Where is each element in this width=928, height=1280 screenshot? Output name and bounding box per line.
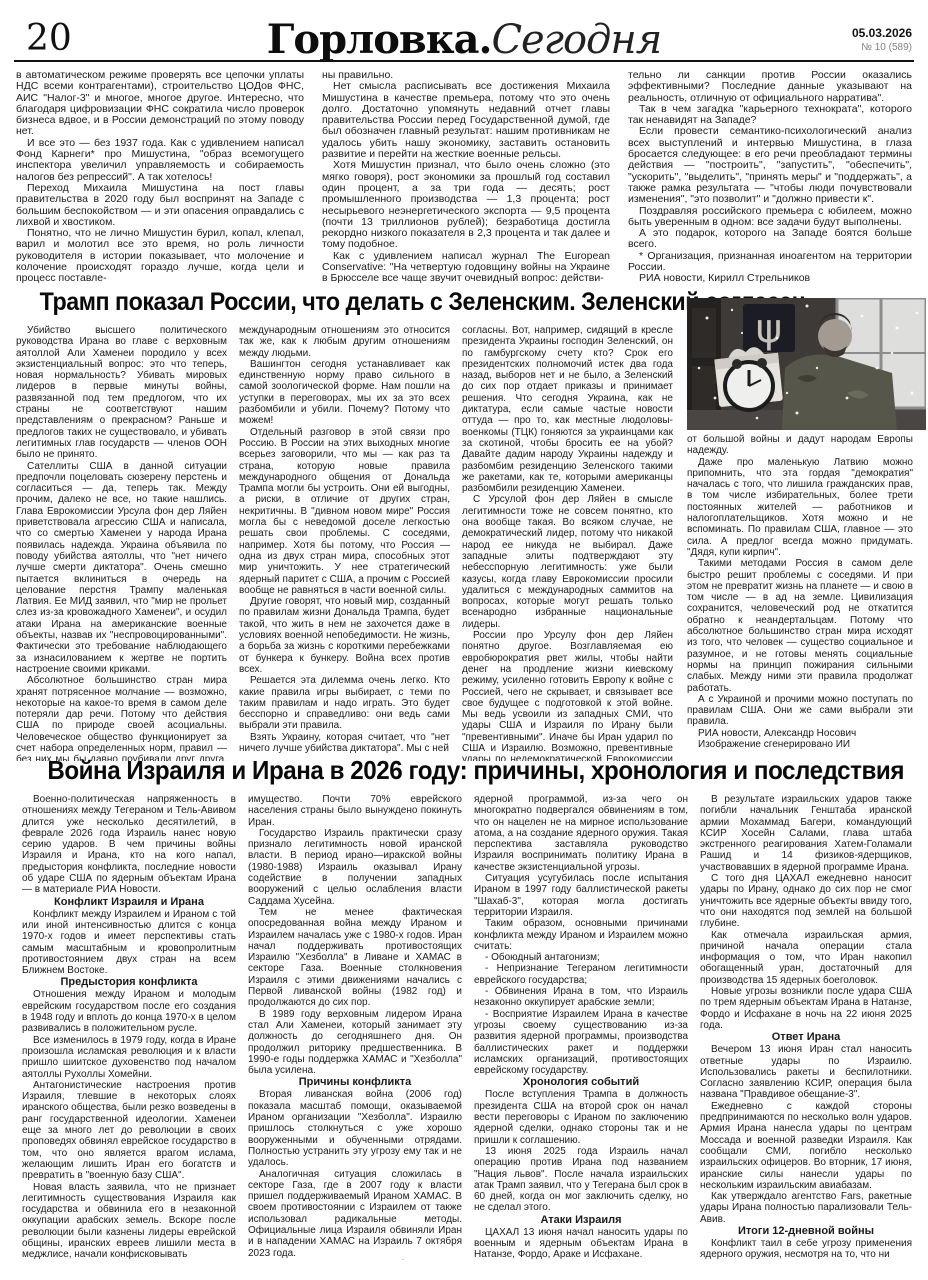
war-article-column-1: Военно-политическая напряженность в отно…	[22, 794, 236, 1260]
paragraph: согласны. Вот, например, сидящий в кресл…	[462, 325, 673, 494]
paragraph: И все это — без 1937 года. Как с удивлен…	[16, 138, 304, 183]
paragraph: Нет смысла расписывать все достижения Ми…	[322, 81, 610, 160]
photo-illustration: ψ	[687, 298, 926, 430]
war-article-column-2: имущество. Почти 70% еврейского населени…	[248, 794, 462, 1260]
paragraph: имущество. Почти 70% еврейского населени…	[248, 794, 462, 828]
top-article-column-3: тельно ли санкции против России оказалис…	[628, 70, 912, 292]
top-article-column-2: ны правильно.Нет смысла расписывать все …	[322, 70, 610, 292]
masthead: Горловка.Сегодня	[0, 16, 928, 63]
paragraph: Новая власть заявила, что не признает ле…	[22, 1182, 236, 1261]
paragraph: С того дня ЦАХАЛ ежедневно наносит удары…	[700, 873, 912, 929]
paragraph: Если провести семантико-психологический …	[628, 126, 912, 205]
paragraph: Все изменилось в 1979 году, когда в Иран…	[22, 1035, 236, 1080]
subheading: Предыстория конфликта	[22, 976, 236, 989]
paragraph: Новые угрозы возникли после удара США по…	[700, 986, 912, 1031]
paragraph: Вашингтон сегодня устанавливает как един…	[239, 359, 450, 427]
paragraph: Так в чем загадка "карьерного технократа…	[628, 104, 912, 127]
paragraph: Другие говорят, что новый мир, созданный…	[239, 596, 450, 675]
paragraph: Конфликт таил в себе угрозу применения я…	[700, 1238, 912, 1260]
paragraph: Изображение сгенерировано ИИ	[687, 739, 913, 750]
paragraph: РИА новости, Кирилл Стрельников	[628, 273, 912, 284]
issue-number: № 10 (589)	[852, 42, 912, 53]
subheading: Атаки Израиля	[474, 1214, 688, 1227]
paragraph: С Урсулой фон дер Ляйен в смысле легитим…	[462, 494, 673, 630]
trump-article-column-4: от большой войны и дадут народам Европы …	[687, 434, 913, 761]
paragraph: Конфликт между Израилем и Ираном с той и…	[22, 909, 236, 977]
paragraph: Взять Украину, которая считает, что "нет…	[239, 732, 450, 755]
zelensky-gift-clock-photo: ψ	[687, 298, 926, 430]
paragraph: Антагонистические настроения против Изра…	[22, 1080, 236, 1182]
svg-text:ψ: ψ	[756, 306, 782, 352]
paragraph: в автоматическом режиме проверять все це…	[16, 70, 304, 138]
paragraph: * Организация, признанная иноагентом на …	[628, 251, 912, 274]
paragraph: 13 июня 2025 года Израиль начал операцию…	[474, 1146, 688, 1214]
paragraph: - Непризнание Тегераном легитимности евр…	[474, 963, 688, 986]
paragraph: Вторая ливанская война (2006 год) показа…	[248, 1089, 462, 1168]
subheading: Хронология событий	[474, 1076, 688, 1089]
issue-date: 05.03.2026	[852, 26, 912, 40]
paragraph: - Восприятие Израилем Ирана в качестве у…	[474, 1009, 688, 1077]
paragraph: А это подарок, которого на Западе боятся…	[628, 228, 912, 251]
paragraph: международным отношениям это относится т…	[239, 325, 450, 359]
paragraph: Абсолютное большинство стран мира хранят…	[16, 675, 227, 761]
trump-article-column-2: международным отношениям это относится т…	[239, 325, 450, 761]
paragraph: Тем не менее фактическая опосредованная …	[248, 907, 462, 1009]
paragraph: Ежедневно с каждой стороны предпринимают…	[700, 1101, 912, 1191]
subheading: Итоги 12-дневной войны	[700, 1225, 912, 1238]
paragraph: - Обоюдный антагонизм;	[474, 952, 688, 963]
top-article-column-1: в автоматическом режиме проверять все це…	[16, 70, 304, 292]
paragraph: Решается эта дилемма очень легко. Кто ка…	[239, 675, 450, 731]
paragraph: Как утверждало агентство Fars, ракетные …	[700, 1191, 912, 1225]
paragraph: Отдельный разговор в этой связи про Росс…	[239, 427, 450, 596]
masthead-subtitle: Сегодня	[491, 17, 661, 63]
trump-article-column-3: согласны. Вот, например, сидящий в кресл…	[462, 325, 673, 761]
paragraph: Аналогичная ситуация сложилась в секторе…	[248, 1169, 462, 1259]
paragraph: В результате израильских ударов также по…	[700, 794, 912, 873]
paragraph: тельно ли санкции против России оказалис…	[628, 70, 912, 104]
paragraph: Такими методами Россия в самом деле быст…	[687, 558, 913, 694]
paragraph: С 1980-х годов Иран начал работать над	[248, 1259, 462, 1260]
paragraph: Вечером 13 июня Иран стал наносить ответ…	[700, 1044, 912, 1100]
war-article-headline: Война Израиля и Ирана в 2026 году: причи…	[47, 755, 880, 786]
paragraph: ядерной программой, из-за чего он многок…	[474, 794, 688, 873]
paragraph: Понятно, что не лично Мишустин бурил, ко…	[16, 228, 304, 284]
paragraph: Убийство высшего политического руководст…	[16, 325, 227, 461]
header-rule	[14, 60, 914, 62]
paragraph: Как с удивлением написал журнал The Euro…	[322, 251, 610, 285]
paragraph: В 1989 году верховным лидером Ирана стал…	[248, 1009, 462, 1077]
paragraph: РИА новости, Александр Носович	[687, 728, 913, 739]
paragraph: - Обвинения Ирана в том, что Израиль нез…	[474, 986, 688, 1009]
paragraph: Ситуация усугубилась после испытания Ира…	[474, 873, 688, 918]
paragraph: от большой войны и дадут народам Европы …	[687, 434, 913, 457]
subheading: Ответ Ирана	[700, 1031, 912, 1044]
war-article-column-3: ядерной программой, из-за чего он многок…	[474, 794, 688, 1260]
paragraph: России про Урсулу фон дер Ляйен понятно …	[462, 630, 673, 761]
paragraph: Переход Михаила Мишустина на пост главы …	[16, 183, 304, 228]
paragraph: ЦАХАЛ 13 июня начал наносить удары по во…	[474, 1227, 688, 1260]
paragraph: Отношения между Ираном и молодым еврейск…	[22, 989, 236, 1034]
paragraph: Сателлиты США в данной ситуации предпочл…	[16, 461, 227, 676]
paragraph: А с Украиной и прочими можно поступать п…	[687, 694, 913, 728]
paragraph: Государство Израиль практически сразу пр…	[248, 828, 462, 907]
paragraph: Поздравляя российского премьера с юбилее…	[628, 206, 912, 229]
paragraph: Даже про маленькую Латвию можно припомни…	[687, 457, 913, 559]
paragraph: После вступления Трампа в должность през…	[474, 1089, 688, 1145]
subheading: Конфликт Израиля и Ирана	[22, 896, 236, 909]
trump-article-column-1: Убийство высшего политического руководст…	[16, 325, 227, 761]
newspaper-page: 20 Горловка.Сегодня 05.03.2026 № 10 (589…	[0, 0, 928, 1280]
paragraph: Хотя Мишустин признал, что было очень сл…	[322, 160, 610, 250]
date-block: 05.03.2026 № 10 (589)	[852, 26, 912, 53]
paragraph: Таким образом, основными причинами конфл…	[474, 918, 688, 952]
masthead-title: Горловка.	[267, 16, 492, 63]
paragraph: Военно-политическая напряженность в отно…	[22, 794, 236, 896]
war-article-column-4: В результате израильских ударов также по…	[700, 794, 912, 1260]
subheading: Причины конфликта	[248, 1076, 462, 1089]
paragraph: Как отмечала израильская армия, причиной…	[700, 930, 912, 986]
trump-article-headline: Трамп показал России, что делать с Зелен…	[40, 288, 669, 317]
